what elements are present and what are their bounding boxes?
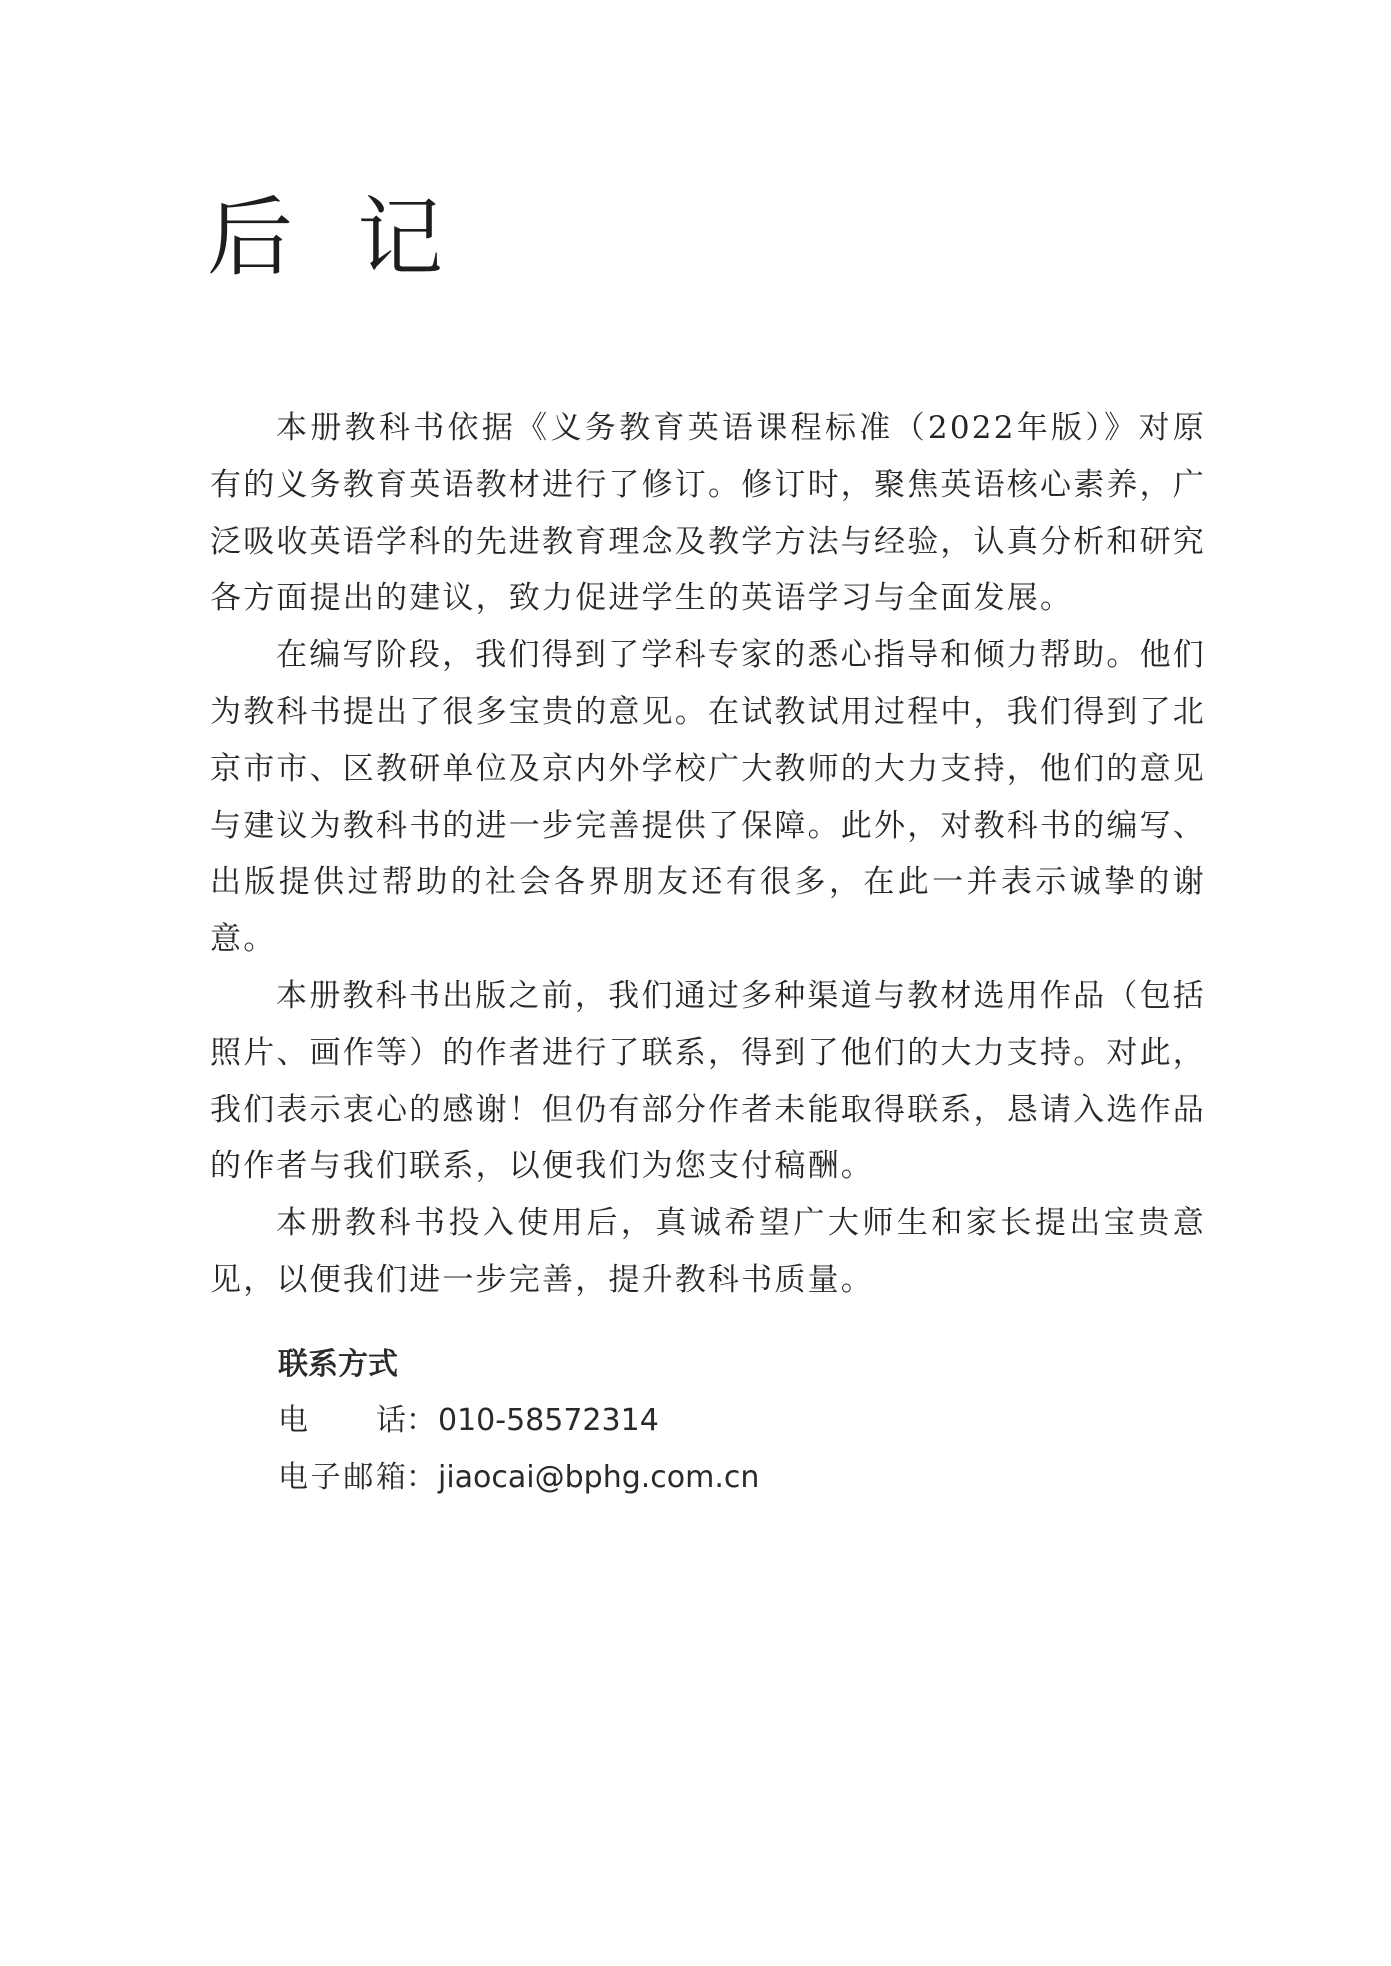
email-label: 电子邮箱 bbox=[278, 1449, 406, 1506]
contact-row-phone: 电话 ： 010-58572314 bbox=[278, 1392, 759, 1449]
paragraph-acknowledgements: 在编写阶段，我们得到了学科专家的悉心指导和倾力帮助。他们为教科书提出了很多宝贵的… bbox=[210, 627, 1206, 968]
paragraph-feedback-request: 本册教科书投入使用后，真诚希望广大师生和家长提出宝贵意见，以便我们进一步完善，提… bbox=[210, 1195, 1206, 1309]
phone-value: 010-58572314 bbox=[434, 1392, 659, 1449]
contact-heading: 联系方式 bbox=[278, 1338, 759, 1392]
afterword-body: 本册教科书依据《义务教育英语课程标准（2022年版）》对原有的义务教育英语教材进… bbox=[210, 400, 1206, 1309]
contact-row-email: 电子邮箱 ： jiaocai@bphg.com.cn bbox=[278, 1449, 759, 1506]
phone-label: 电话 bbox=[278, 1392, 406, 1449]
email-value: jiaocai@bphg.com.cn bbox=[434, 1449, 759, 1506]
phone-colon: ： bbox=[406, 1392, 434, 1449]
paragraph-revision-basis: 本册教科书依据《义务教育英语课程标准（2022年版）》对原有的义务教育英语教材进… bbox=[210, 400, 1206, 627]
contact-section: 联系方式 电话 ： 010-58572314 电子邮箱 ： jiaocai@bp… bbox=[278, 1338, 759, 1506]
page-title: 后记 bbox=[207, 188, 507, 288]
email-colon: ： bbox=[406, 1449, 434, 1506]
paragraph-author-contact: 本册教科书出版之前，我们通过多种渠道与教材选用作品（包括照片、画作等）的作者进行… bbox=[210, 968, 1206, 1195]
